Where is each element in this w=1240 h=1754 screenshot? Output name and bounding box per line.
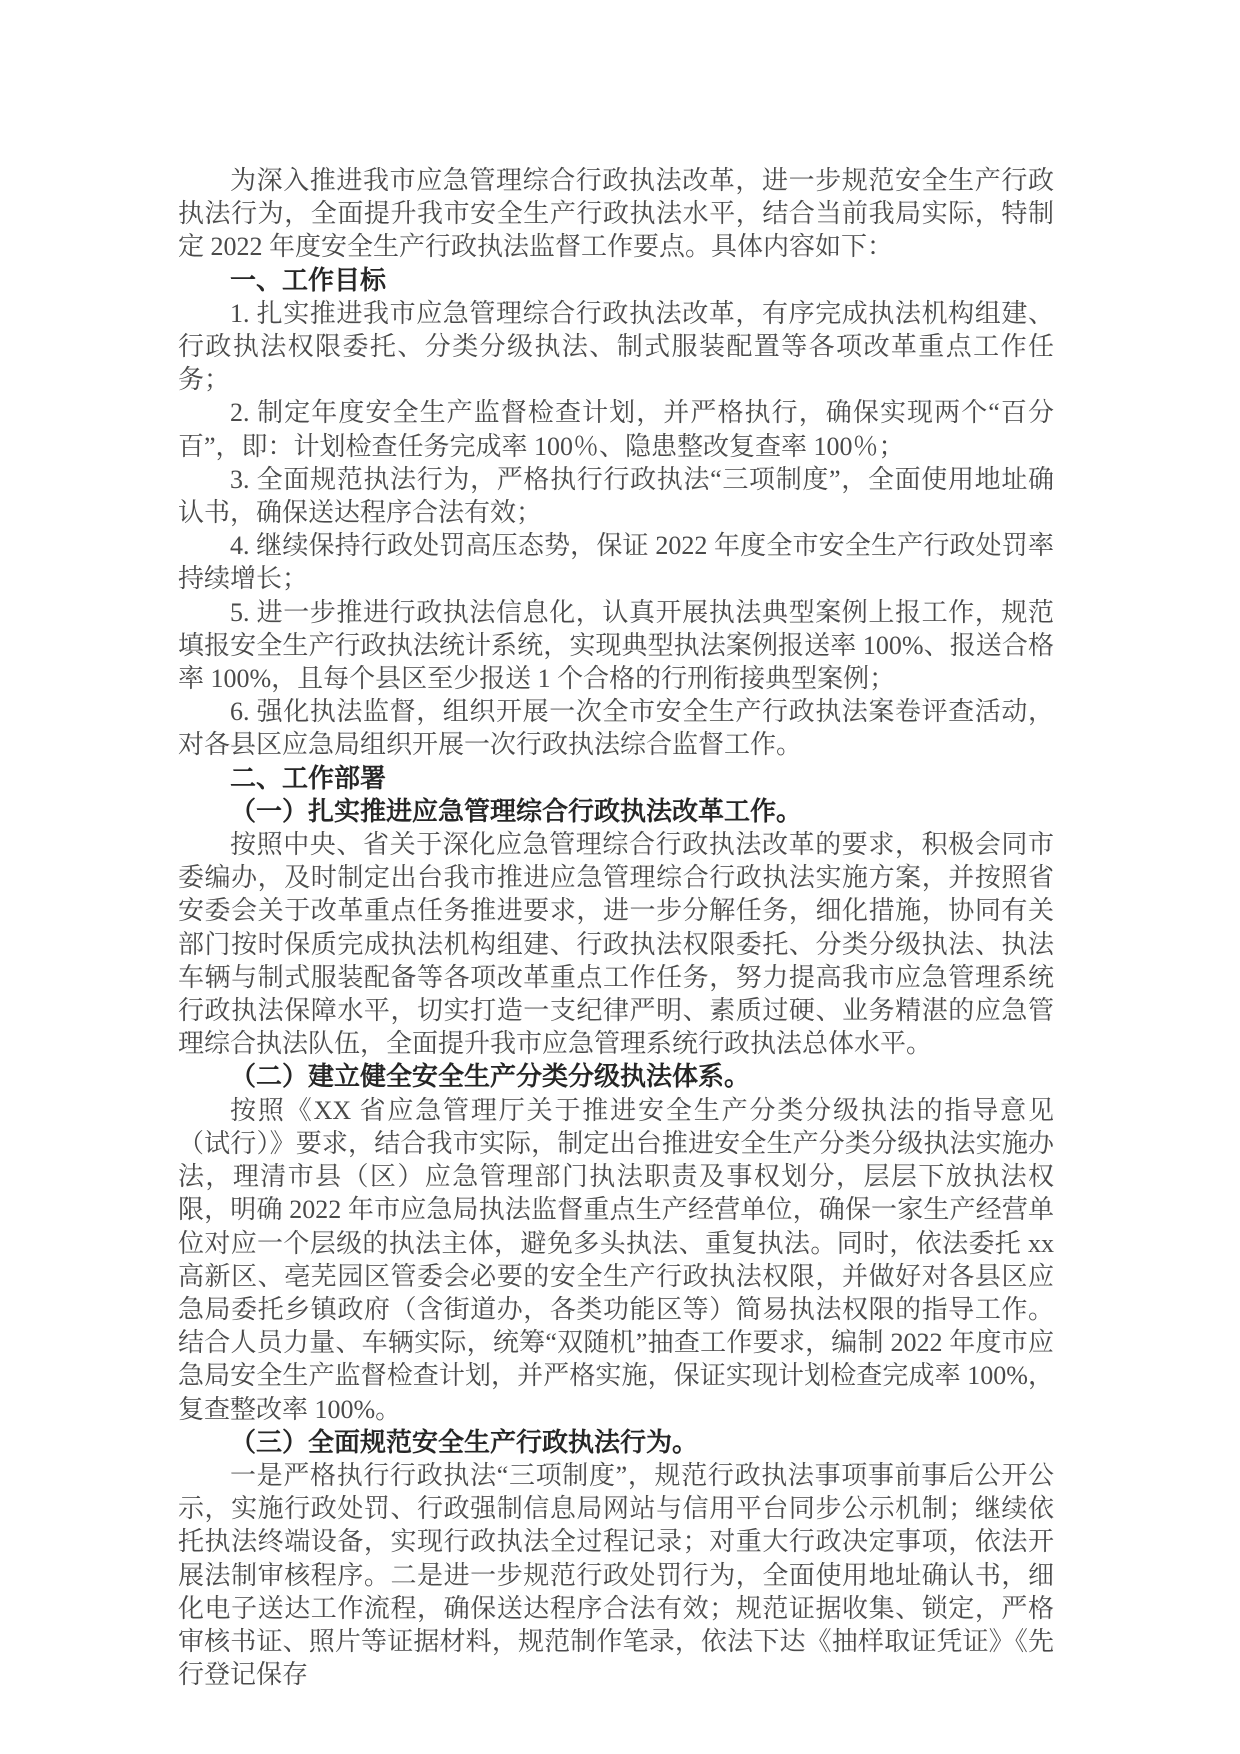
document-body: 为深入推进我市应急管理综合行政执法改革，进一步规范安全生产行政执法行为，全面提升…: [178, 164, 1054, 1691]
section-heading: 二、工作部署: [178, 762, 1054, 795]
paragraph: 6. 强化执法监督，组织开展一次全市安全生产行政执法案卷评查活动，对各县区应急局…: [178, 695, 1054, 761]
paragraph: 3. 全面规范执法行为，严格执行行政执法“三项制度”，全面使用地址确认书，确保送…: [178, 463, 1054, 529]
paragraph: 1. 扎实推进我市应急管理综合行政执法改革，有序完成执法机构组建、行政执法权限委…: [178, 297, 1054, 397]
section-heading: （三）全面规范安全生产行政执法行为。: [178, 1426, 1054, 1459]
paragraph: 按照《XX 省应急管理厅关于推进安全生产分类分级执法的指导意见（试行）》要求，结…: [178, 1094, 1054, 1426]
section-heading: （二）建立健全安全生产分类分级执法体系。: [178, 1060, 1054, 1093]
paragraph: 按照中央、省关于深化应急管理综合行政执法改革的要求，积极会同市委编办，及时制定出…: [178, 828, 1054, 1060]
paragraph: 2. 制定年度安全生产监督检查计划，并严格执行，确保实现两个“百分百”，即：计划…: [178, 396, 1054, 462]
paragraph: 一是严格执行行政执法“三项制度”，规范行政执法事项事前事后公开公示，实施行政处罚…: [178, 1459, 1054, 1691]
document-page: 为深入推进我市应急管理综合行政执法改革，进一步规范安全生产行政执法行为，全面提升…: [0, 0, 1240, 1754]
paragraph: 4. 继续保持行政处罚高压态势，保证 2022 年度全市安全生产行政处罚率持续增…: [178, 529, 1054, 595]
paragraph: 5. 进一步推进行政执法信息化，认真开展执法典型案例上报工作，规范填报安全生产行…: [178, 596, 1054, 696]
paragraph: 为深入推进我市应急管理综合行政执法改革，进一步规范安全生产行政执法行为，全面提升…: [178, 164, 1054, 264]
section-heading: （一）扎实推进应急管理综合行政执法改革工作。: [178, 795, 1054, 828]
section-heading: 一、工作目标: [178, 264, 1054, 297]
